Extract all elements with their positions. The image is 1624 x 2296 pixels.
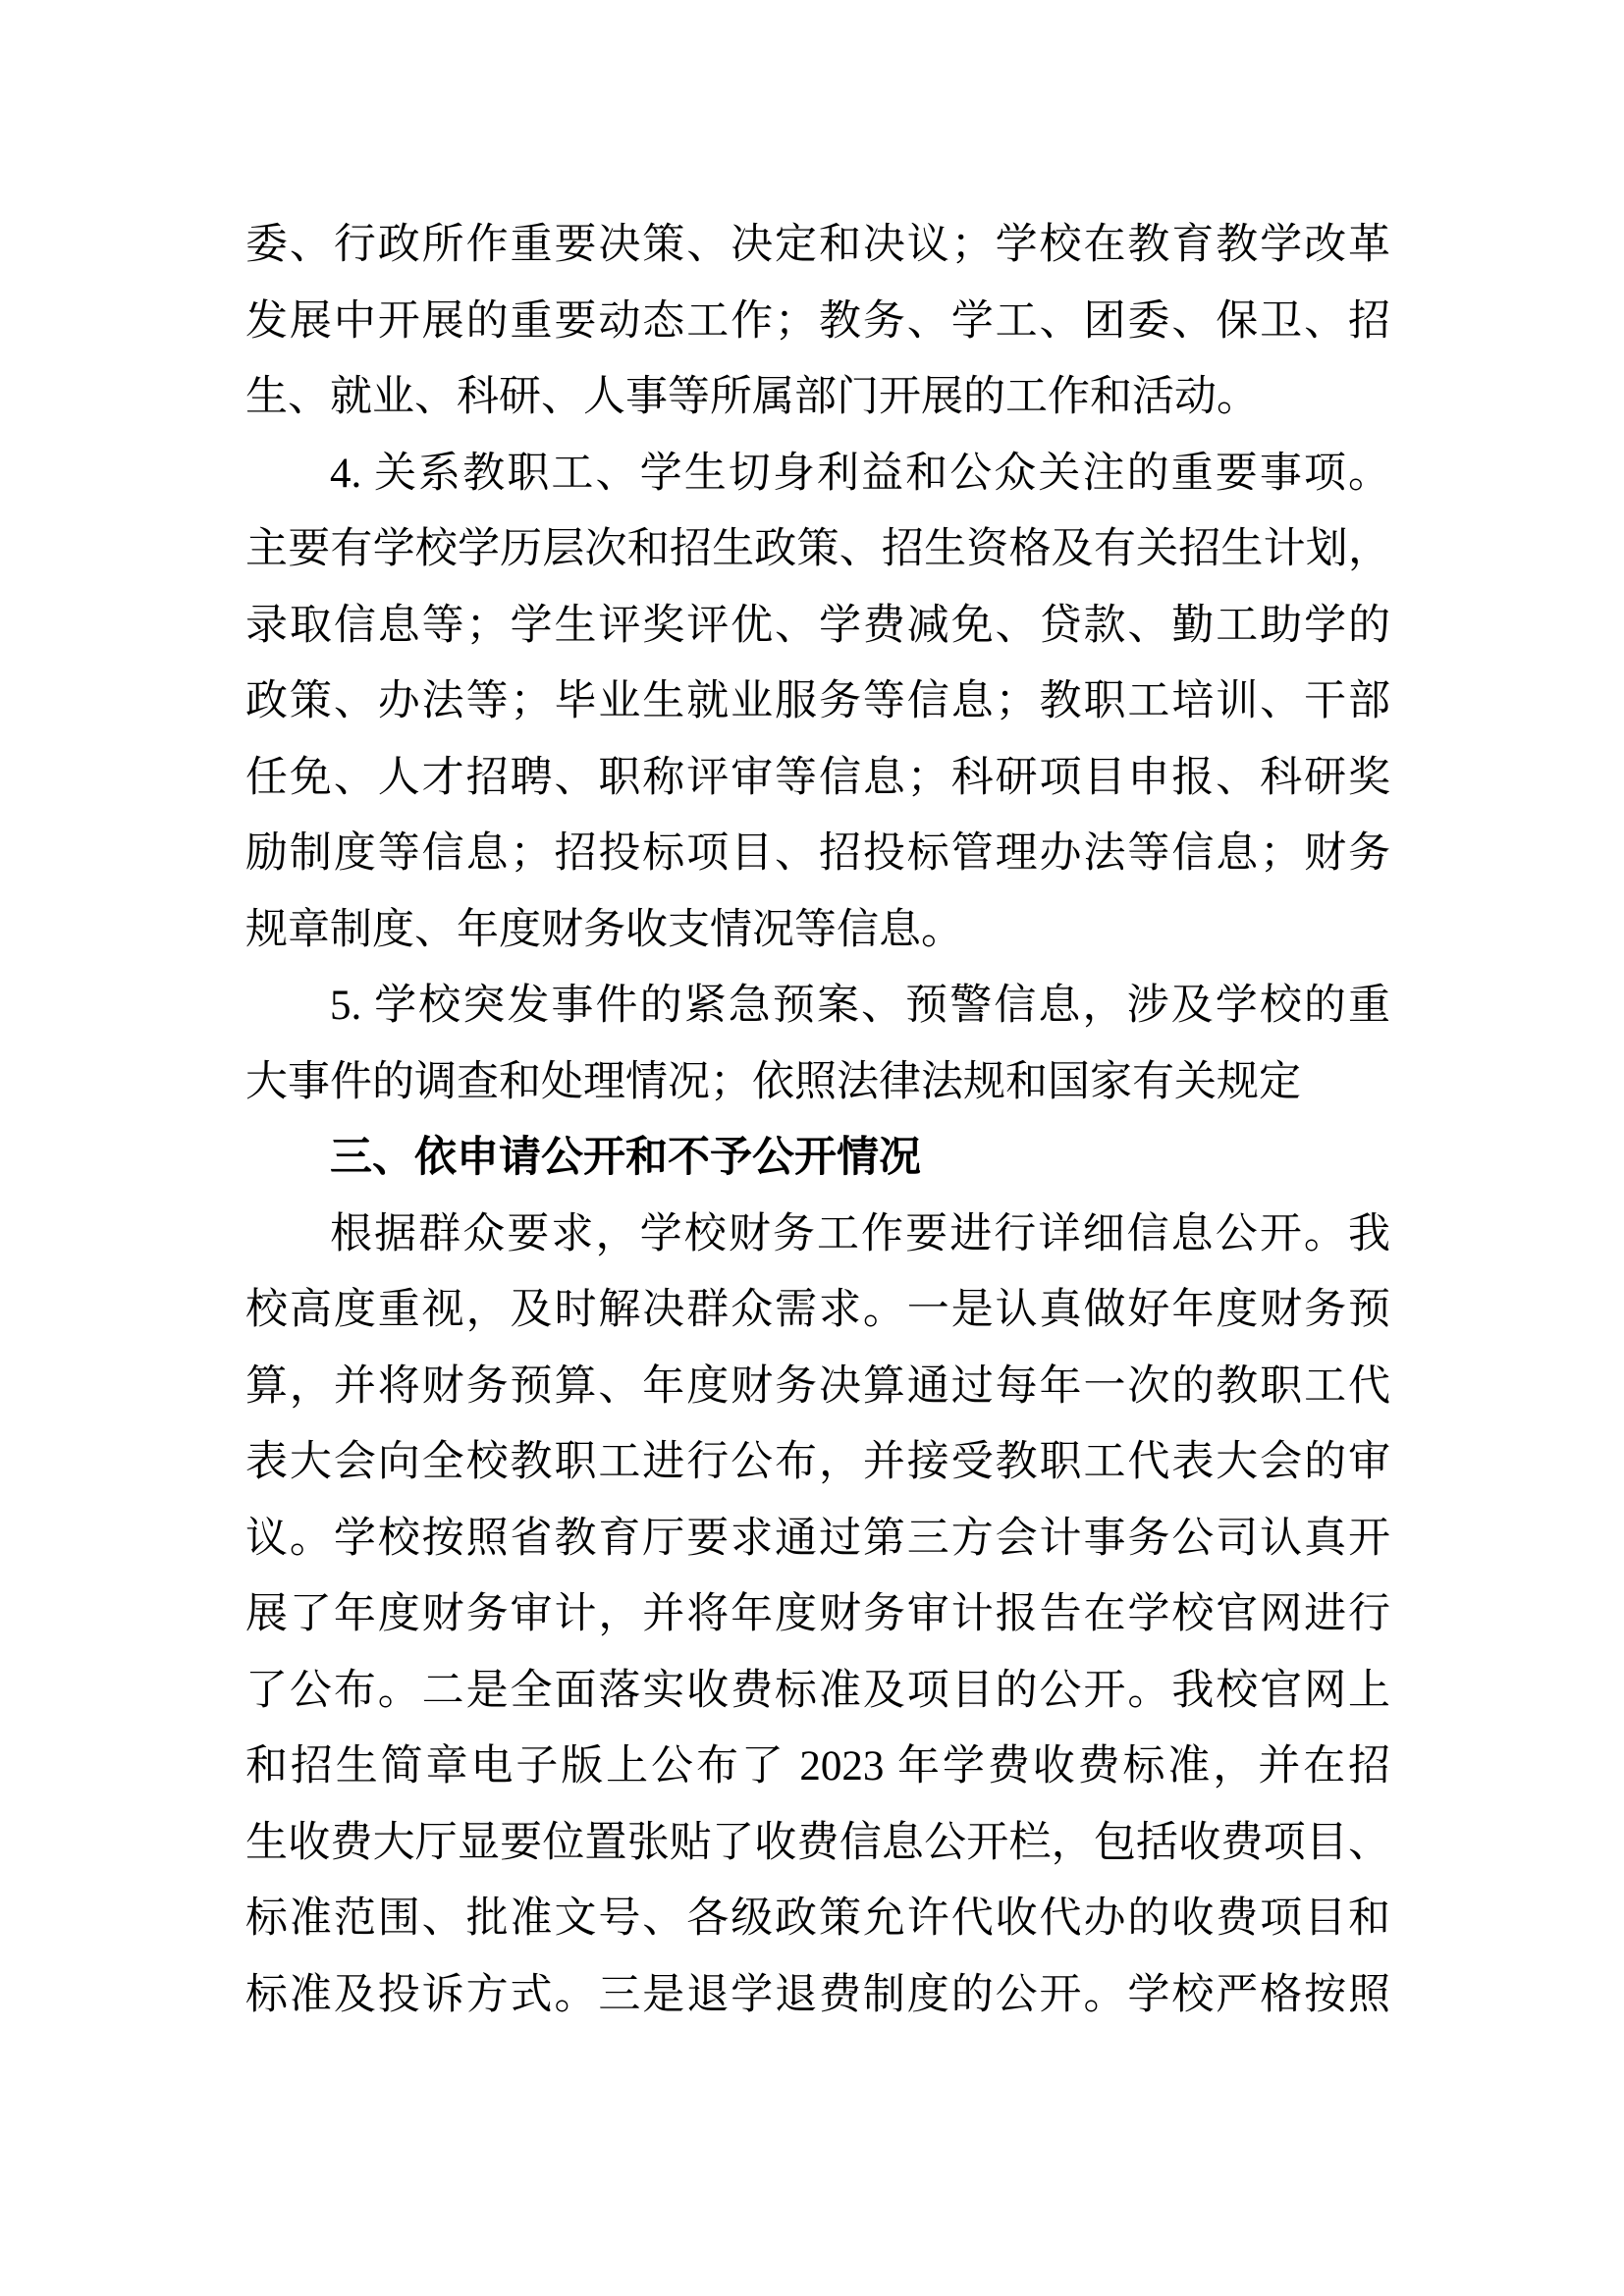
text-line: 校高度重视，及时解决群众需求。一是认真做好年度财务预 <box>245 1272 1390 1349</box>
text-line: 5. 学校突发事件的紧急预案、预警信息，涉及学校的重 <box>245 968 1390 1044</box>
text-line: 录取信息等；学生评奖评优、学费减免、贷款、勤工助学的 <box>245 588 1390 665</box>
text-line: 励制度等信息；招投标项目、招投标管理办法等信息；财务 <box>245 816 1390 892</box>
text-line: 展了年度财务审计，并将年度财务审计报告在学校官网进行 <box>245 1576 1390 1653</box>
text-line: 大事件的调查和处理情况；依照法律法规和国家有关规定 <box>245 1044 1390 1121</box>
text-line: 规章制度、年度财务收支情况等信息。 <box>245 892 1390 969</box>
text-line: 生收费大厅显要位置张贴了收费信息公开栏，包括收费项目、 <box>245 1805 1390 1882</box>
text-line: 议。学校按照省教育厅要求通过第三方会计事务公司认真开 <box>245 1501 1390 1577</box>
section-heading: 三、依申请公开和不予公开情况 <box>245 1120 1390 1197</box>
document-body: 委、行政所作重要决策、决定和决议；学校在教育教学改革发展中开展的重要动态工作；教… <box>245 207 1390 2033</box>
heading-text-line: 三、依申请公开和不予公开情况 <box>245 1120 1390 1197</box>
paragraph: 委、行政所作重要决策、决定和决议；学校在教育教学改革发展中开展的重要动态工作；教… <box>245 207 1390 436</box>
text-line: 任免、人才招聘、职称评审等信息；科研项目申报、科研奖 <box>245 740 1390 817</box>
text-line: 生、就业、科研、人事等所属部门开展的工作和活动。 <box>245 359 1390 436</box>
document-page: 委、行政所作重要决策、决定和决议；学校在教育教学改革发展中开展的重要动态工作；教… <box>0 0 1624 2296</box>
text-line: 根据群众要求，学校财务工作要进行详细信息公开。我 <box>245 1197 1390 1273</box>
paragraph: 根据群众要求，学校财务工作要进行详细信息公开。我校高度重视，及时解决群众需求。一… <box>245 1197 1390 2034</box>
text-line: 表大会向全校教职工进行公布，并接受教职工代表大会的审 <box>245 1424 1390 1501</box>
text-line: 标准及投诉方式。三是退学退费制度的公开。学校严格按照 <box>245 1957 1390 2034</box>
text-line: 发展中开展的重要动态工作；教务、学工、团委、保卫、招 <box>245 284 1390 360</box>
text-line: 政策、办法等；毕业生就业服务等信息；教职工培训、干部 <box>245 664 1390 740</box>
paragraph: 4. 关系教职工、学生切身利益和公众关注的重要事项。主要有学校学历层次和招生政策… <box>245 436 1390 969</box>
text-line: 4. 关系教职工、学生切身利益和公众关注的重要事项。 <box>245 436 1390 512</box>
text-line: 主要有学校学历层次和招生政策、招生资格及有关招生计划， <box>245 511 1390 588</box>
text-line: 了公布。二是全面落实收费标准及项目的公开。我校官网上 <box>245 1653 1390 1730</box>
paragraph: 5. 学校突发事件的紧急预案、预警信息，涉及学校的重大事件的调查和处理情况；依照… <box>245 968 1390 1120</box>
text-line: 算，并将财务预算、年度财务决算通过每年一次的教职工代 <box>245 1349 1390 1425</box>
text-line: 标准范围、批准文号、各级政策允许代收代办的收费项目和 <box>245 1881 1390 1957</box>
text-line: 和招生简章电子版上公布了 2023 年学费收费标准，并在招 <box>245 1729 1390 1805</box>
text-line: 委、行政所作重要决策、决定和决议；学校在教育教学改革 <box>245 207 1390 284</box>
